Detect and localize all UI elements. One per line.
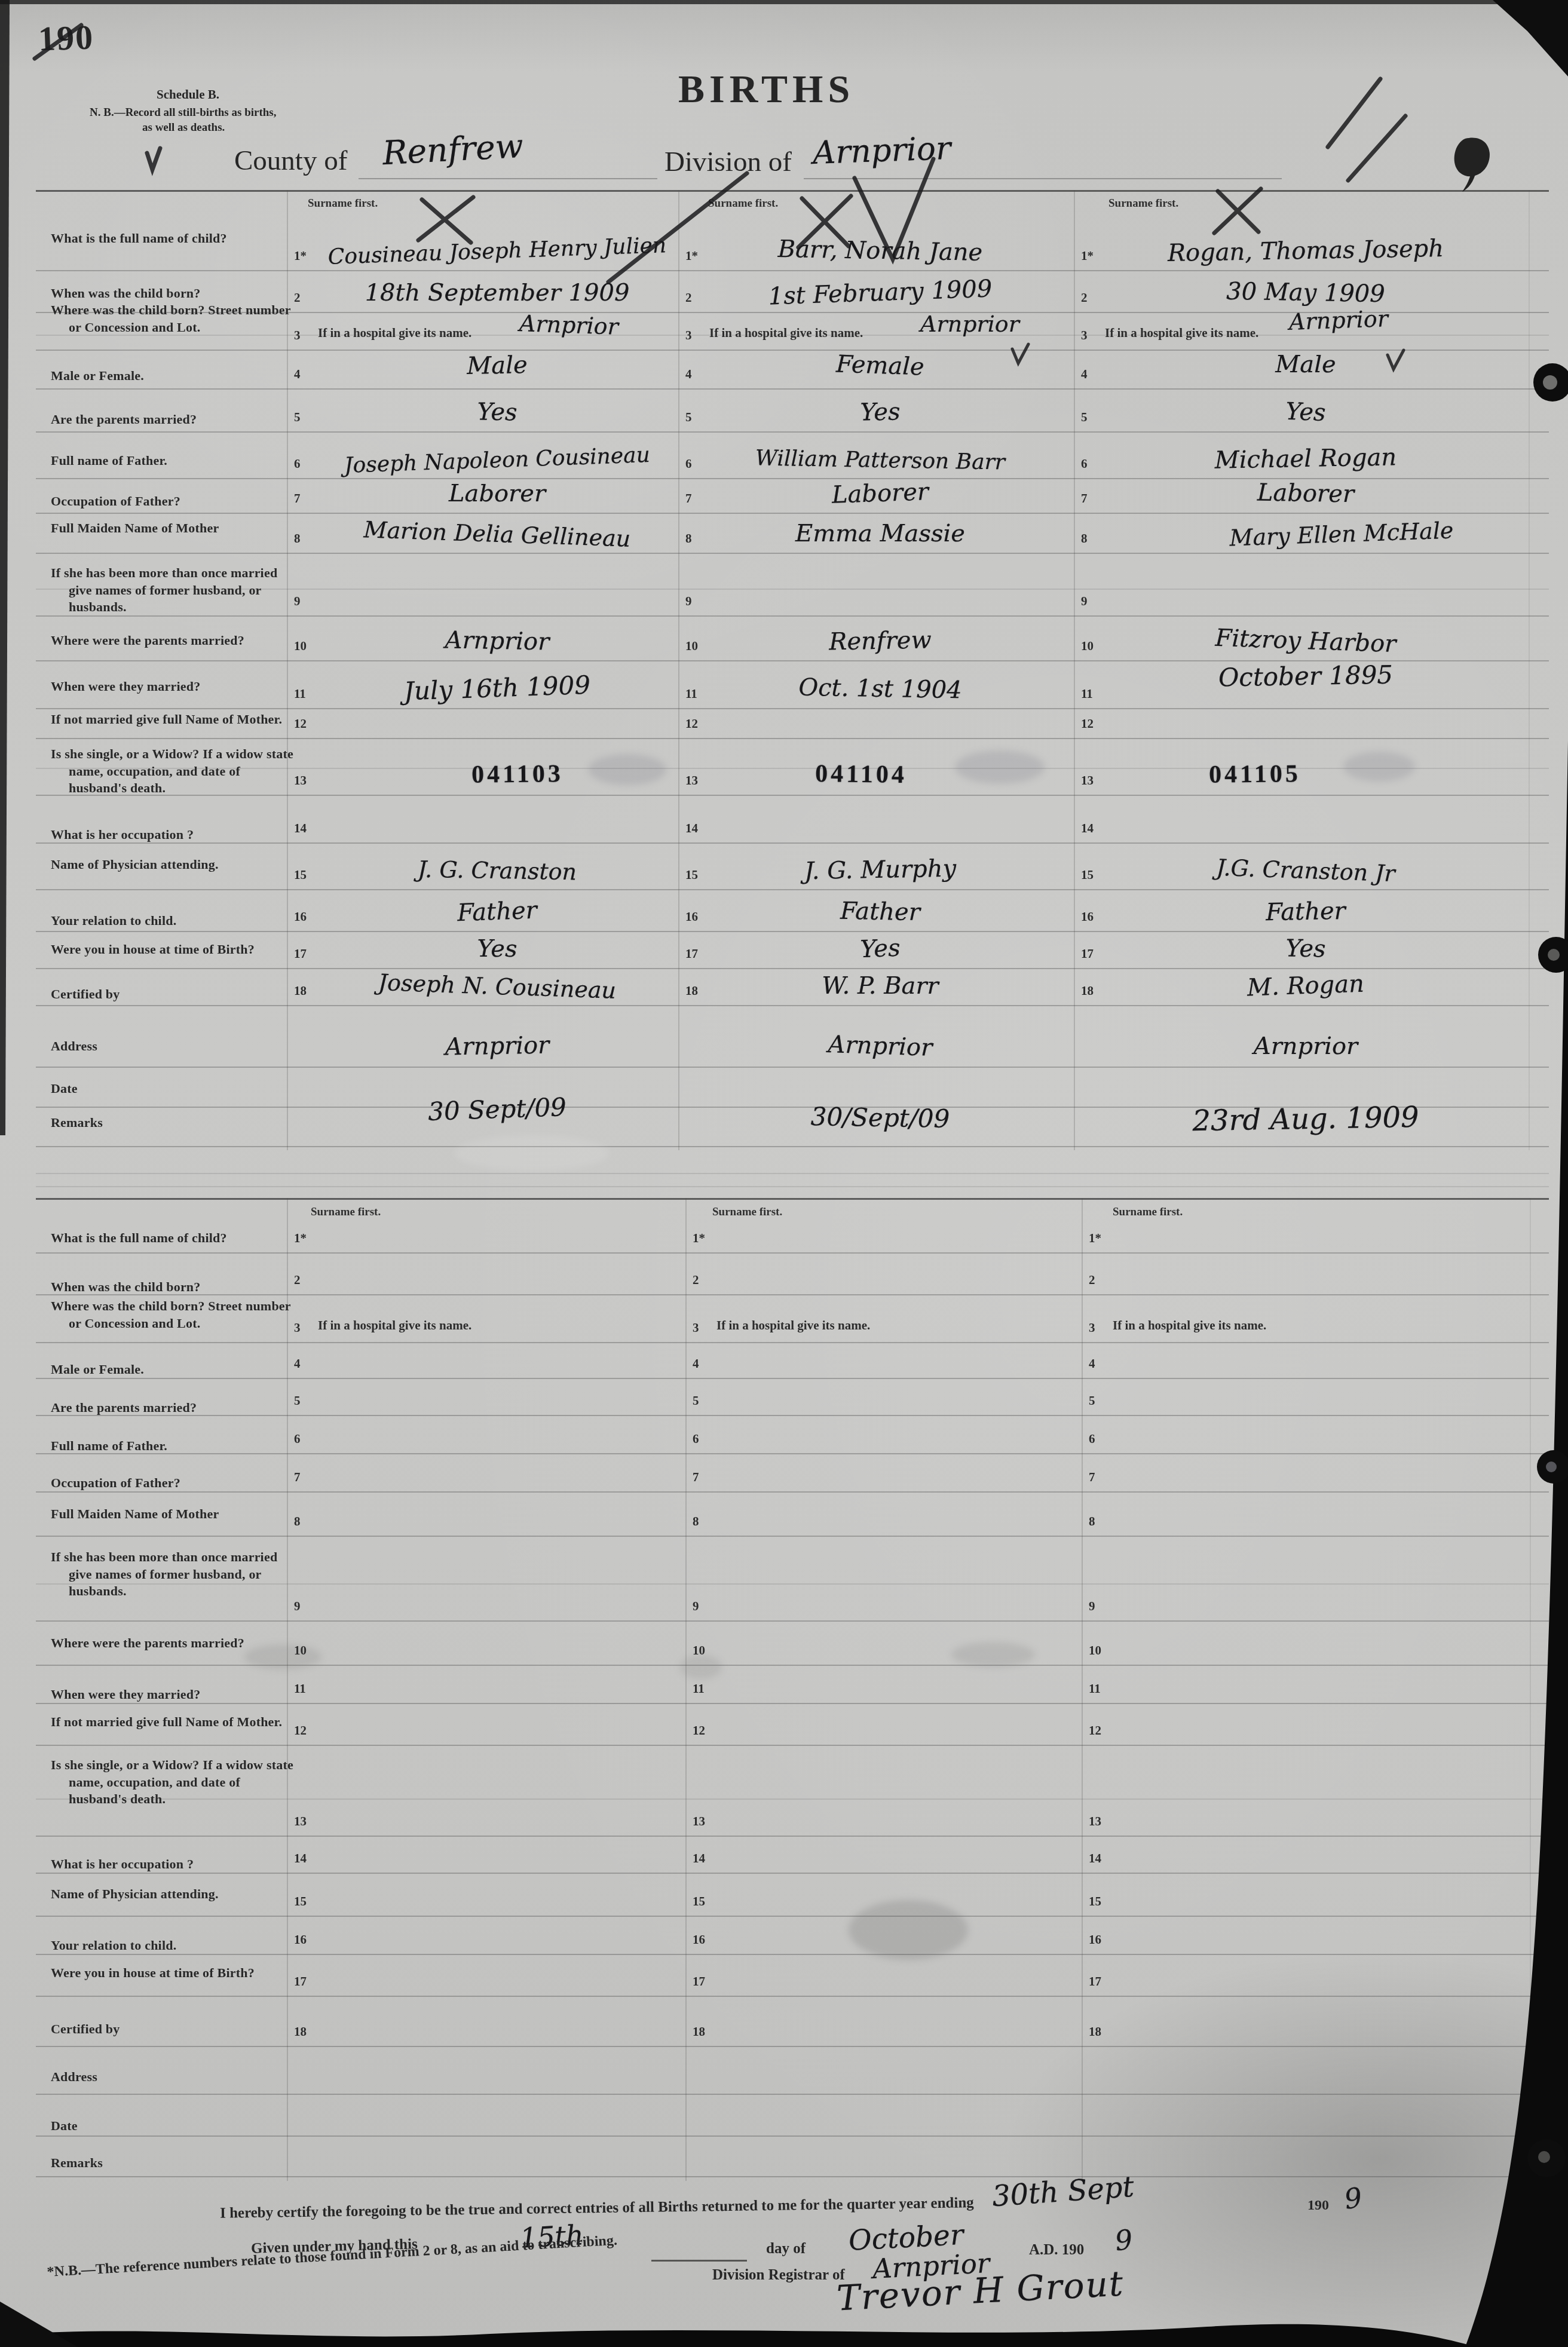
question-number: 16 — [685, 909, 698, 924]
entry-value: W. P. Barr — [822, 972, 938, 1000]
block-top-rule — [36, 190, 1549, 192]
year-printed: 190 — [1307, 2198, 1329, 2214]
column-rule — [685, 1198, 687, 2181]
entry-value: 30 Sept/09 — [427, 1092, 566, 1126]
ad-label: A.D. 190 — [1029, 2242, 1084, 2259]
question-number: 15 — [693, 1894, 705, 1909]
question-number: 13 — [1089, 1814, 1101, 1829]
question-label: If she has been more than once married g… — [51, 1549, 301, 1600]
question-number: 17 — [294, 1974, 307, 1989]
entry-value: July 16th 1909 — [403, 670, 591, 706]
question-number: 14 — [294, 1851, 307, 1866]
question-number: 4 — [294, 1356, 301, 1371]
question-number: 14 — [693, 1851, 705, 1866]
ink-blob — [1454, 137, 1490, 192]
question-number: 3 — [693, 1320, 699, 1335]
question-number: 11 — [294, 1681, 306, 1696]
entry-value: Yes — [860, 934, 901, 963]
x-mark-entry3-name — [1214, 189, 1261, 233]
birth-register-page: 190 Schedule B. N. B.—Record all still-b… — [0, 0, 1568, 2347]
registration-stamp: 041105 — [1209, 759, 1301, 789]
question-number: 5 — [1089, 1393, 1095, 1408]
bottom-edge-band — [0, 2324, 1476, 2347]
row-rule — [36, 513, 1549, 514]
question-number: 11 — [1089, 1681, 1101, 1696]
row-rule — [36, 1342, 1549, 1343]
question-label: Occupation of Father? — [51, 493, 301, 510]
row-rule — [36, 478, 1549, 479]
paper-stain — [454, 1135, 610, 1171]
question-number: 10 — [294, 639, 307, 654]
hospital-note: If in a hospital give its name. — [716, 1318, 870, 1333]
pencil-smudge — [951, 1642, 1035, 1667]
question-label: What is the full name of child? — [51, 230, 301, 247]
entry-value: Father — [840, 897, 920, 926]
division-label: Division of — [664, 146, 792, 178]
left-edge-strip — [0, 0, 10, 1135]
question-label: Remarks — [51, 2155, 301, 2172]
row-rule — [36, 1916, 1549, 1917]
question-number: 16 — [294, 1932, 307, 1947]
question-number: 1* — [1089, 1231, 1101, 1246]
row-rule-faint — [36, 1173, 1549, 1174]
binding-hole — [1537, 1450, 1568, 1484]
entry-value: Fitzroy Harbor — [1215, 624, 1396, 658]
registration-stamp: 041103 — [471, 759, 563, 789]
question-label: Are the parents married? — [51, 411, 301, 428]
question-number: 1* — [693, 1231, 705, 1246]
entry-value: Oct. 1st 1904 — [798, 674, 962, 704]
certify-statement: I hereby certify the foregoing to be the… — [220, 2195, 974, 2222]
row-rule — [36, 931, 1549, 932]
question-label: Remarks — [51, 1114, 301, 1132]
question-label: Male or Female. — [51, 367, 301, 385]
question-number: 14 — [1081, 821, 1094, 836]
question-number: 9 — [693, 1599, 699, 1614]
question-label: Date — [51, 1080, 301, 1098]
question-number: 5 — [294, 1393, 301, 1408]
question-number: 18 — [685, 983, 698, 998]
question-number: 18 — [294, 2024, 307, 2039]
question-label: What is the full name of child? — [51, 1230, 301, 1247]
hospital-note: If in a hospital give its name. — [318, 326, 471, 341]
row-rule — [36, 1536, 1549, 1537]
entry-value: 1st February 1909 — [768, 275, 993, 310]
question-number: 16 — [1081, 909, 1094, 924]
question-number: 4 — [693, 1356, 699, 1371]
question-label: When were they married? — [51, 1686, 301, 1703]
binding-hole — [1527, 2139, 1566, 2177]
question-number: 9 — [294, 594, 301, 609]
entry-value: M. Rogan — [1247, 970, 1364, 1002]
question-number: 6 — [1081, 456, 1088, 471]
entry-value: Michael Rogan — [1214, 443, 1396, 474]
question-number: 15 — [294, 1894, 307, 1909]
question-number: 6 — [693, 1432, 699, 1447]
binding-hole — [1538, 937, 1568, 973]
question-number: 16 — [693, 1932, 705, 1947]
question-label: Your relation to child. — [51, 912, 301, 930]
paper-stain — [849, 1900, 968, 1960]
day-of-label: day of — [766, 2241, 806, 2257]
entry-value: Yes — [477, 935, 517, 963]
entry-value: Arnprior — [1288, 305, 1388, 335]
stamp-ghost-mark — [955, 750, 1045, 784]
question-number: 13 — [294, 1814, 307, 1829]
question-number: 3 — [294, 328, 301, 343]
question-label: Were you in house at time of Birth? — [51, 1965, 301, 1982]
entry-value: Father — [1266, 897, 1346, 926]
surname-first-note: Surname first. — [308, 197, 378, 210]
question-number: 7 — [1081, 491, 1088, 506]
question-label: When was the child born? — [51, 285, 301, 302]
entry-value: Renfrew — [829, 627, 932, 656]
row-rule — [36, 1745, 1549, 1746]
question-number: 15 — [294, 868, 307, 883]
question-number: 5 — [693, 1393, 699, 1408]
row-rule — [36, 708, 1549, 709]
stamp-ghost-mark — [589, 754, 666, 785]
right-edge-band — [1465, 741, 1568, 2347]
question-label: What is her occupation ? — [51, 1856, 301, 1873]
question-label: Where were the parents married? — [51, 632, 301, 649]
entry-value: J.G. Cranston Jr — [1216, 854, 1396, 887]
entry-value: October 1895 — [1218, 660, 1394, 692]
check-mark-female — [1012, 344, 1028, 363]
question-number: 12 — [294, 716, 307, 731]
entry-value: Laborer — [831, 478, 929, 509]
question-number: 7 — [294, 1470, 301, 1485]
question-number: 3 — [1081, 328, 1088, 343]
question-number: 15 — [685, 868, 698, 883]
question-label: Full Maiden Name of Mother — [51, 520, 301, 537]
question-label: Name of Physician attending. — [51, 856, 301, 874]
entry-value: 30 May 1909 — [1226, 278, 1385, 308]
division-value: Arnprior — [812, 130, 951, 171]
question-label: Address — [51, 1038, 301, 1055]
row-rule — [36, 270, 1549, 271]
entry-value: Rogan, Thomas Joseph — [1168, 235, 1444, 267]
county-value: Renfrew — [381, 127, 524, 172]
entry-value: Arnprior — [519, 310, 618, 340]
question-label: Is she single, or a Widow? If a widow st… — [51, 746, 301, 797]
top-edge-shadow — [0, 0, 1568, 4]
question-number: 14 — [685, 821, 698, 836]
question-number: 2 — [1081, 290, 1088, 305]
entry-value: Female — [836, 350, 925, 381]
question-number: 5 — [294, 410, 301, 425]
entry-value: Male — [467, 351, 528, 380]
question-number: 12 — [685, 716, 698, 731]
question-number: 17 — [693, 1974, 705, 1989]
entry-value: Arnprior — [920, 311, 1019, 337]
entry-value: Laborer — [449, 480, 546, 507]
row-rule — [36, 1252, 1549, 1254]
entry-value: Arnprior — [445, 1031, 549, 1061]
check-mark-male — [1388, 350, 1404, 369]
question-number: 11 — [693, 1681, 705, 1696]
question-number: 3 — [294, 1320, 301, 1335]
entry-value: Yes — [860, 398, 901, 426]
question-number: 18 — [693, 2024, 705, 2039]
question-number: 15 — [1089, 1894, 1101, 1909]
entry-value: Barr, Norah Jane — [777, 235, 982, 266]
check-mark-header — [147, 148, 160, 170]
blank-line — [651, 2260, 747, 2262]
row-rule — [36, 1146, 1549, 1147]
question-number: 4 — [294, 367, 301, 382]
column-rule — [1530, 1198, 1531, 2181]
question-number: 12 — [294, 1723, 307, 1738]
question-number: 1* — [294, 1231, 307, 1246]
row-rule — [36, 553, 1549, 554]
row-rule — [36, 2094, 1549, 2095]
question-number: 3 — [685, 328, 692, 343]
row-rule — [36, 889, 1549, 890]
question-number: 8 — [693, 1514, 699, 1529]
question-number: 13 — [685, 773, 698, 788]
x-mark-entry1-name — [418, 197, 473, 243]
entry-value: J. G. Murphy — [804, 855, 957, 885]
question-number: 6 — [294, 1432, 301, 1447]
question-label: When was the child born? — [51, 1279, 301, 1296]
surname-first-note: Surname first. — [311, 1206, 381, 1219]
row-rule — [36, 431, 1549, 433]
form-title: BIRTHS — [678, 67, 855, 112]
hospital-note: If in a hospital give its name. — [318, 1318, 471, 1333]
question-number: 8 — [1081, 531, 1088, 546]
question-number: 7 — [1089, 1470, 1095, 1485]
question-number: 9 — [685, 594, 692, 609]
question-number: 10 — [1089, 1643, 1101, 1658]
question-number: 5 — [1081, 410, 1088, 425]
question-number: 17 — [685, 946, 698, 961]
question-number: 7 — [693, 1470, 699, 1485]
question-label: If she has been more than once married g… — [51, 565, 301, 616]
page-number: 190 — [38, 17, 94, 59]
question-label: Address — [51, 2069, 301, 2086]
entry-value: Marion Delia Gellineau — [363, 516, 631, 552]
division-underline — [804, 178, 1282, 179]
question-number: 8 — [685, 531, 692, 546]
entry-value: Arnprior — [1254, 1032, 1358, 1060]
hospital-note: If in a hospital give its name. — [709, 326, 863, 341]
binding-hole — [1533, 363, 1568, 402]
surname-first-note: Surname first. — [708, 197, 778, 210]
question-label: Certified by — [51, 986, 301, 1003]
row-rule — [36, 1996, 1549, 1997]
row-rule — [36, 2046, 1549, 2047]
question-label: Where was the child born? Street number … — [51, 302, 301, 336]
entry-value: J. G. Cranston — [418, 856, 577, 886]
question-number: 12 — [693, 1723, 705, 1738]
question-number: 16 — [294, 909, 307, 924]
hospital-note: If in a hospital give its name. — [1113, 1318, 1266, 1333]
question-label: What is her occupation ? — [51, 826, 301, 844]
question-label: Full name of Father. — [51, 452, 301, 470]
entry-value: 18th September 1909 — [365, 279, 630, 307]
question-number: 10 — [1081, 639, 1094, 654]
hospital-note: If in a hospital give its name. — [1105, 326, 1258, 341]
question-number: 6 — [1089, 1432, 1095, 1447]
question-number: 8 — [294, 1514, 301, 1529]
row-rule — [36, 1620, 1549, 1622]
question-number: 12 — [1089, 1723, 1101, 1738]
question-number: 5 — [685, 410, 692, 425]
schedule-label: Schedule B. — [157, 87, 219, 102]
row-rule — [36, 1836, 1549, 1837]
question-number: 18 — [1089, 2024, 1101, 2039]
row-rule — [36, 1067, 1549, 1068]
county-label: County of — [234, 145, 347, 177]
question-number: 14 — [1089, 1851, 1101, 1866]
question-number: 11 — [294, 687, 306, 701]
ad-year-value: 9 — [1113, 2223, 1134, 2257]
question-label: Name of Physician attending. — [51, 1886, 301, 1903]
entry-value: Mary Ellen McHale — [1229, 517, 1454, 551]
question-number: 1* — [294, 249, 307, 263]
question-number: 15 — [1081, 868, 1094, 883]
question-number: 13 — [294, 773, 307, 788]
stillbirth-note-line2: as well as deaths. — [142, 121, 225, 134]
question-number: 2 — [685, 290, 692, 305]
question-number: 2 — [693, 1273, 699, 1288]
entry-value: Joseph Napoleon Cousineau — [344, 443, 650, 478]
question-number: 9 — [1089, 1599, 1095, 1614]
pencil-smudge — [244, 1644, 321, 1669]
question-number: 17 — [1081, 946, 1094, 961]
bottom-left-wedge — [0, 2302, 78, 2347]
question-label: Certified by — [51, 2021, 301, 2038]
question-number: 4 — [685, 367, 692, 382]
question-number: 11 — [1081, 687, 1093, 701]
question-number: 8 — [1089, 1514, 1095, 1529]
row-rule — [36, 1005, 1549, 1006]
entry-value: William Patterson Barr — [755, 446, 1006, 474]
question-label: Is she single, or a Widow? If a widow st… — [51, 1757, 301, 1808]
entry-value: Cousineau Joseph Henry Julien — [327, 233, 667, 269]
entry-value: Laborer — [1257, 479, 1355, 508]
question-number: 4 — [1081, 367, 1088, 382]
question-number: 6 — [294, 456, 301, 471]
entry-value: Arnprior — [828, 1031, 933, 1062]
question-number: 12 — [1081, 716, 1094, 731]
top-right-wedge — [1493, 0, 1568, 76]
surname-first-note: Surname first. — [1113, 1206, 1183, 1219]
question-label: Male or Female. — [51, 1361, 301, 1378]
question-number: 17 — [1089, 1974, 1101, 1989]
question-label: Occupation of Father? — [51, 1475, 301, 1492]
row-rule-faint — [36, 1186, 1549, 1187]
pencil-smudge — [680, 1655, 722, 1679]
entry-value: Male — [1275, 351, 1336, 378]
question-number: 18 — [1081, 983, 1094, 998]
registration-stamp: 041104 — [815, 759, 907, 789]
row-rule — [36, 2176, 1549, 2177]
entry-value: Yes — [477, 398, 517, 426]
stamp-ghost-mark — [1343, 752, 1415, 782]
question-number: 7 — [294, 491, 301, 506]
row-rule — [36, 2135, 1549, 2137]
surname-first-note: Surname first. — [1108, 197, 1178, 210]
registrar-label: Division Registrar of — [712, 2267, 845, 2284]
question-label: If not married give full Name of Mother. — [51, 1714, 301, 1731]
question-number: 6 — [685, 456, 692, 471]
slash-mark-entry3 — [1348, 116, 1405, 180]
row-rule — [36, 388, 1549, 390]
entry-value: 30/Sept/09 — [810, 1102, 950, 1133]
slash-mark-header-right — [1328, 79, 1380, 147]
question-number: 3 — [1089, 1320, 1095, 1335]
question-number: 9 — [1081, 594, 1088, 609]
question-number: 16 — [1089, 1932, 1101, 1947]
question-number: 4 — [1089, 1356, 1095, 1371]
question-number: 2 — [294, 1273, 301, 1288]
question-number: 1* — [1081, 249, 1094, 263]
question-label: Are the parents married? — [51, 1399, 301, 1417]
entry-value: Yes — [1285, 934, 1326, 963]
question-number: 13 — [1081, 773, 1094, 788]
stillbirth-note-line1: N. B.—Record all still-births as births, — [90, 106, 276, 120]
year-handwritten: 9 — [1342, 2181, 1364, 2216]
question-number: 7 — [685, 491, 692, 506]
question-label: Date — [51, 2118, 301, 2135]
question-number: 2 — [1089, 1273, 1095, 1288]
question-number: 13 — [693, 1814, 705, 1829]
question-number: 9 — [294, 1599, 301, 1614]
question-number: 1* — [685, 249, 698, 263]
question-number: 17 — [294, 946, 307, 961]
question-label: If not married give full Name of Mother. — [51, 711, 301, 728]
block-top-rule — [36, 1198, 1549, 1200]
row-rule — [36, 738, 1549, 739]
entry-value: Yes — [1285, 398, 1327, 427]
surname-first-note: Surname first. — [712, 1206, 782, 1219]
question-label: Were you in house at time of Birth? — [51, 941, 301, 958]
question-label: Your relation to child. — [51, 1937, 301, 1954]
entry-value: Joseph N. Cousineau — [378, 969, 616, 1004]
row-rule — [36, 968, 1549, 969]
entry-value: Emma Massie — [795, 520, 965, 547]
question-label: Full name of Father. — [51, 1438, 301, 1455]
question-number: 10 — [685, 639, 698, 654]
question-label: When were they married? — [51, 678, 301, 695]
question-number: 14 — [294, 821, 307, 836]
question-label: Full Maiden Name of Mother — [51, 1506, 301, 1523]
entry-value: Father — [457, 897, 537, 927]
entry-value: Arnprior — [445, 626, 549, 655]
county-underline — [359, 178, 657, 179]
entry-value: 23rd Aug. 1909 — [1192, 1101, 1419, 1138]
question-label: Where was the child born? Street number … — [51, 1298, 301, 1332]
question-number: 18 — [294, 983, 307, 998]
question-number: 8 — [294, 531, 301, 546]
column-rule — [1082, 1198, 1083, 2181]
question-number: 11 — [685, 687, 697, 701]
